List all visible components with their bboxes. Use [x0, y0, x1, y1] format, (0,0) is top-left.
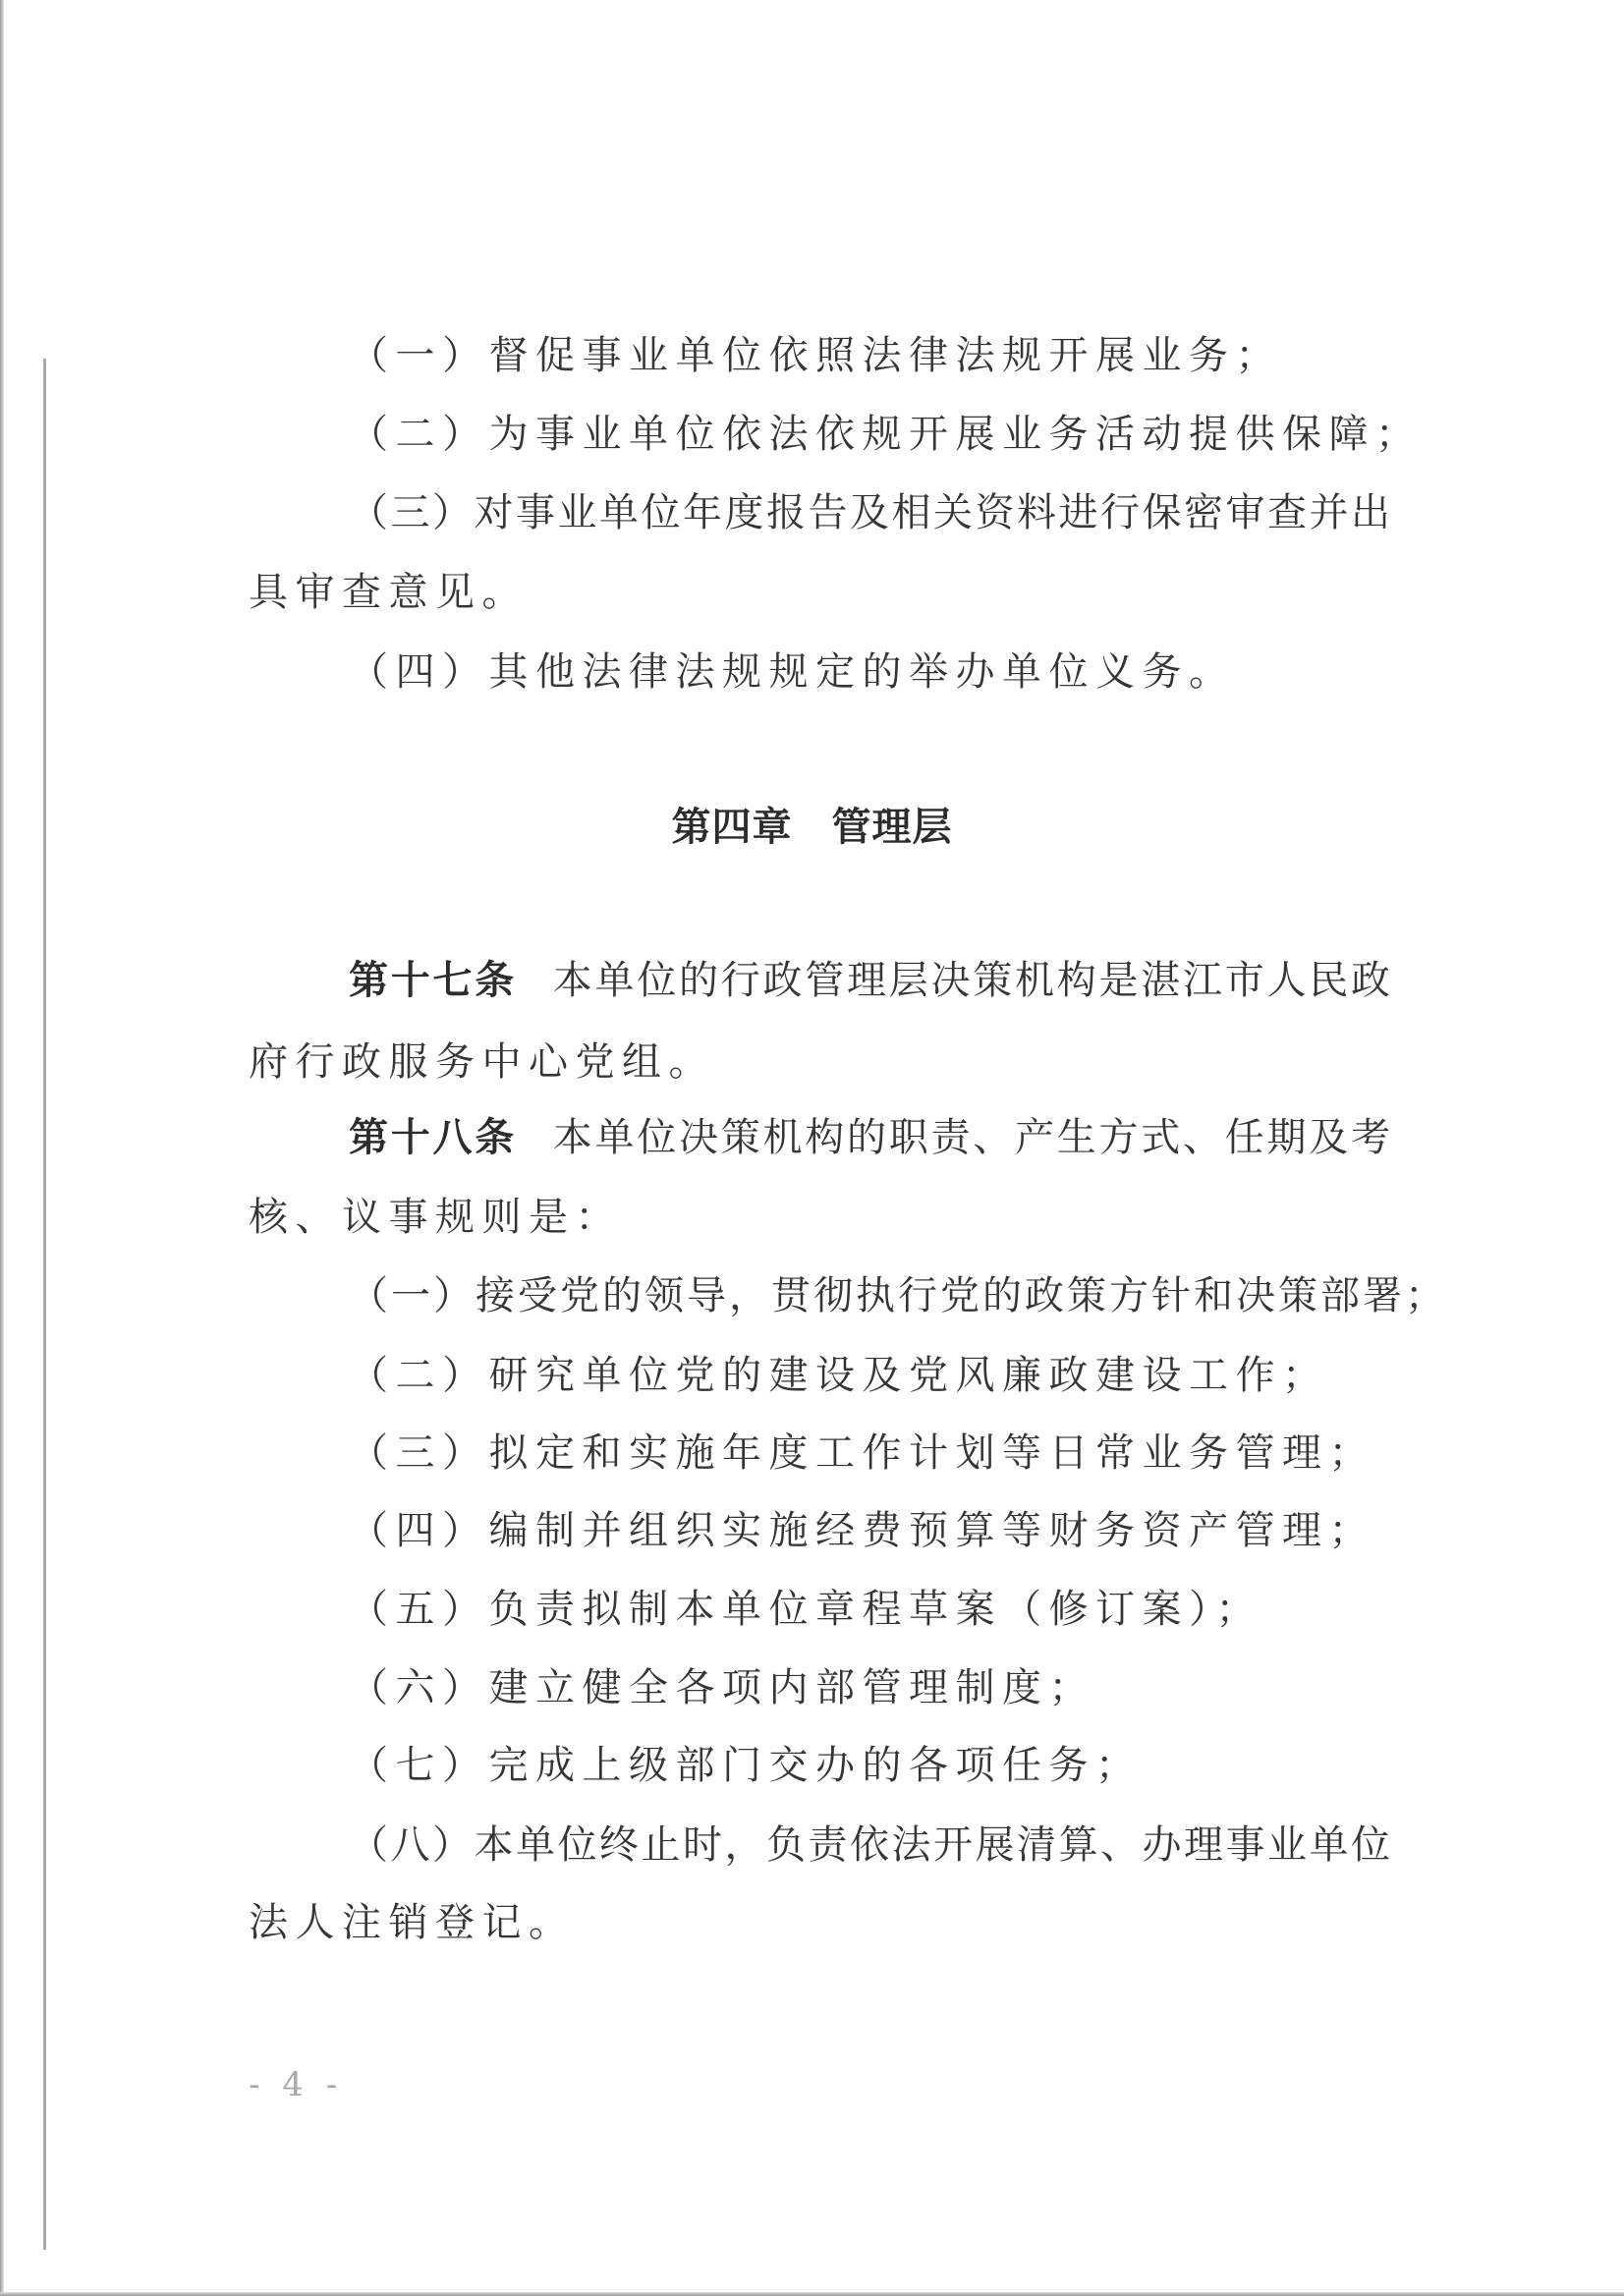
- item-text: 拟定和实施年度工作计划等日常业务管理；: [489, 1430, 1376, 1476]
- item-marker: （二）: [349, 1353, 489, 1398]
- article-18-item-6: （六）建立健全各项内部管理制度；: [349, 1664, 1390, 1711]
- article-17: 第十七条本单位的行政管理层决策机构是湛江市人民政: [349, 957, 1390, 1004]
- item-marker: （二）: [349, 412, 489, 457]
- article-text: 本单位决策机构的职责、产生方式、任期及考: [550, 1115, 1390, 1160]
- item-marker: （四）: [349, 649, 489, 695]
- list-item-upper-3: （三）对事业单位年度报告及相关资料进行保密审查并出: [349, 489, 1390, 536]
- article-18-item-5: （五）负责拟制本单位章程草案（修订案）；: [349, 1586, 1390, 1633]
- article-18-item-1: （一）接受党的领导，贯彻执行党的政策方针和决策部署；: [349, 1272, 1390, 1319]
- item-text: 研究单位党的建设及党风廉政建设工作；: [489, 1353, 1329, 1398]
- item-marker: （三）: [349, 490, 475, 535]
- scan-page-edge-bottom: [0, 2292, 1624, 2296]
- article-18-item-7: （七）完成上级部门交办的各项任务；: [349, 1742, 1390, 1789]
- item-text: 完成上级部门交办的各项任务；: [489, 1743, 1143, 1788]
- scan-binding-line: [43, 359, 46, 2250]
- article-17-continuation: 府行政服务中心党组。: [249, 1038, 1390, 1086]
- article-18-item-3: （三）拟定和实施年度工作计划等日常业务管理；: [349, 1429, 1390, 1477]
- article-text: 本单位的行政管理层决策机构是湛江市人民政: [550, 958, 1390, 1003]
- item-marker: （四）: [349, 1508, 489, 1553]
- item-marker: （一）: [349, 1273, 476, 1318]
- item-marker: （六）: [349, 1665, 489, 1710]
- article-18-item-4: （四）编制并组织实施经费预算等财务资产管理；: [349, 1507, 1390, 1554]
- list-item-upper-3-continuation: 具审查意见。: [249, 569, 1390, 616]
- item-text: 为事业单位依法依规开展业务活动提供保障；: [489, 412, 1423, 457]
- chapter-heading: 第四章管理层: [0, 804, 1624, 851]
- item-text: 编制并组织实施经费预算等财务资产管理；: [489, 1508, 1376, 1553]
- item-marker: （七）: [349, 1743, 489, 1788]
- item-marker: （一）: [349, 333, 489, 378]
- article-18-item-8-continuation: 法人注销登记。: [249, 1899, 1390, 1946]
- list-item-upper-1: （一）督促事业单位依照法律法规开展业务；: [349, 332, 1390, 379]
- item-text: 负责拟制本单位章程草案（修订案）；: [489, 1587, 1263, 1632]
- page-number: - 4 -: [249, 2065, 343, 2104]
- item-continuation: 具审查意见。: [249, 570, 529, 615]
- item-text: 本单位终止时，负责依法开展清算、办理事业单位: [475, 1822, 1391, 1868]
- item-continuation: 法人注销登记。: [249, 1900, 576, 1945]
- article-18-item-2: （二）研究单位党的建设及党风廉政建设工作；: [349, 1352, 1390, 1399]
- article-18: 第十八条本单位决策机构的职责、产生方式、任期及考: [349, 1114, 1390, 1161]
- article-continuation: 核、议事规则是：: [249, 1195, 622, 1240]
- scan-page-edge-left: [0, 0, 4, 2296]
- article-label: 第十八条: [349, 1115, 517, 1160]
- item-text: 督促事业单位依照法律法规开展业务；: [489, 333, 1283, 378]
- item-marker: （三）: [349, 1430, 489, 1476]
- list-item-upper-2: （二）为事业单位依法依规开展业务活动提供保障；: [349, 411, 1390, 458]
- list-item-upper-4: （四）其他法律法规规定的举办单位义务。: [349, 648, 1390, 696]
- item-text: 建立健全各项内部管理制度；: [489, 1665, 1096, 1710]
- item-marker: （八）: [349, 1822, 475, 1868]
- article-label: 第十七条: [349, 958, 517, 1003]
- item-text: 对事业单位年度报告及相关资料进行保密审查并出: [475, 490, 1391, 535]
- chapter-number: 第四章: [672, 805, 793, 850]
- article-continuation: 府行政服务中心党组。: [249, 1039, 715, 1085]
- item-marker: （五）: [349, 1587, 489, 1632]
- article-18-item-8: （八）本单位终止时，负责依法开展清算、办理事业单位: [349, 1821, 1390, 1869]
- chapter-title: 管理层: [832, 805, 953, 850]
- article-18-continuation: 核、议事规则是：: [249, 1194, 1390, 1241]
- item-text: 其他法律法规规定的举办单位义务。: [489, 649, 1236, 695]
- item-text: 接受党的领导，贯彻执行党的政策方针和决策部署；: [476, 1273, 1447, 1318]
